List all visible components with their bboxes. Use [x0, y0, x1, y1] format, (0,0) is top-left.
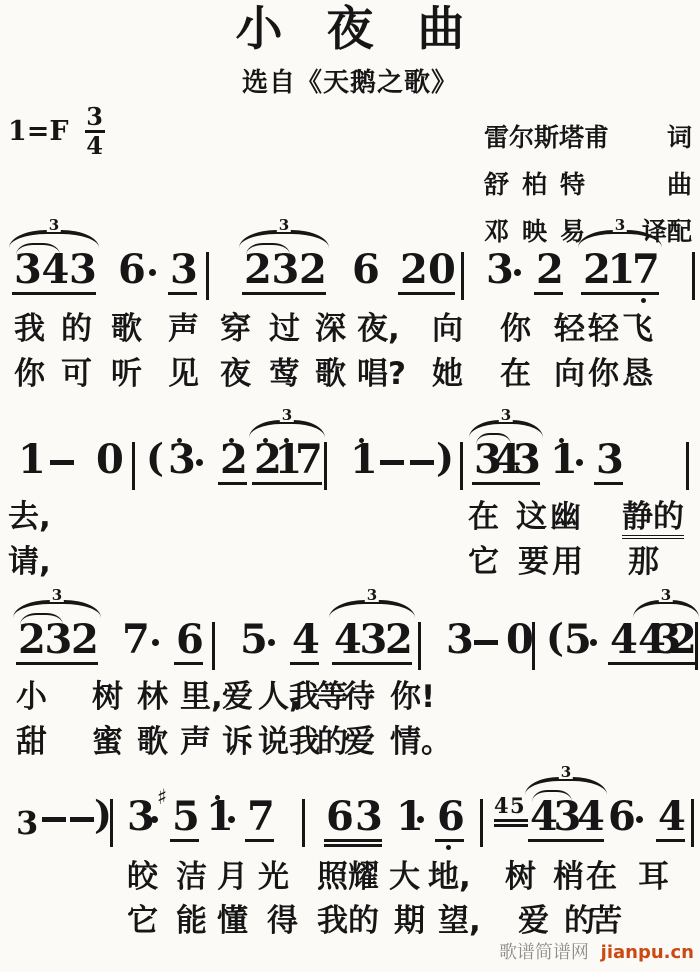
note-digit: 7: [295, 440, 323, 480]
beam-underline: [324, 839, 382, 842]
lyric-syllable: 月: [217, 860, 248, 894]
lyric-syllable: 它: [127, 904, 158, 938]
triplet-number: 3: [613, 218, 627, 232]
grace-digit: 5: [510, 795, 525, 817]
octave-dot: [446, 845, 451, 850]
lyric-syllable: 甜: [16, 725, 47, 759]
beam-underline: [332, 662, 412, 665]
lyric-syllable: 轻: [554, 312, 585, 346]
triplet-number: 3: [559, 765, 573, 779]
slur-arc: [532, 790, 572, 802]
beam-underline: [242, 292, 326, 295]
beam-underline: [218, 482, 247, 485]
beam-underline: [494, 819, 528, 822]
duration-dash: [42, 817, 66, 822]
duration-dot: [228, 816, 235, 823]
note-digit: 5: [172, 797, 200, 837]
note-digit: 1: [18, 440, 46, 480]
barline: [324, 442, 327, 490]
beam-underline: [252, 482, 322, 485]
beam-underline: [426, 292, 455, 295]
lyric-syllable: 耀: [348, 860, 379, 894]
note-digit: 0: [506, 620, 534, 660]
duration-dot: [151, 816, 158, 823]
note-digit: 3: [486, 250, 514, 290]
note-group: 2173: [583, 256, 657, 296]
lyric-syllable: 的: [348, 904, 379, 938]
note-digit: 3: [16, 803, 38, 843]
note-digit: 5: [564, 620, 592, 660]
note-digit: 3: [69, 250, 97, 290]
triplet-number: 3: [499, 408, 513, 422]
slur-arc: [16, 243, 60, 255]
lyric-syllable: 轻: [588, 312, 619, 346]
duration-dot: [149, 269, 156, 276]
lyric-syllable: 见: [168, 357, 199, 391]
watermark: 歌谱简谱网 jianpu.cn: [499, 938, 694, 964]
lyric-syllable: 在: [500, 357, 531, 391]
note-digit: 2: [669, 620, 697, 660]
lyric-syllable: 说: [258, 725, 289, 759]
slur-arc: [246, 243, 290, 255]
beam-underline: [528, 839, 604, 842]
barline: [132, 442, 135, 490]
note-digit: 4: [42, 250, 70, 290]
note-digit: 2: [18, 620, 46, 660]
lyric-syllable: 歌: [315, 357, 346, 391]
lyric-syllable: 诉: [222, 725, 253, 759]
lyric-syllable: 她: [432, 357, 463, 391]
duration-dash: [50, 460, 74, 465]
lyric-syllable: 你!: [390, 680, 435, 714]
lyric-syllable: 飞: [622, 312, 653, 346]
triplet-number: 3: [280, 408, 294, 422]
lyric-syllable: 爱: [344, 725, 375, 759]
barline: [532, 622, 535, 670]
duration-dash: [410, 460, 434, 465]
lyric-syllable: 蜜: [92, 725, 123, 759]
note-group: 2323: [18, 626, 96, 666]
note-digit: 4: [334, 620, 362, 660]
open-paren: (: [546, 618, 564, 658]
lyric-syllable: 听: [111, 357, 142, 391]
note-group: 4323: [334, 626, 410, 666]
note-digit: 5: [240, 620, 268, 660]
lyric-syllable: 洁: [176, 860, 207, 894]
note-digit: 4: [292, 620, 320, 660]
lyric-syllable: 去,: [8, 500, 51, 534]
lyric-syllable: 情。: [390, 725, 452, 759]
barline: [418, 622, 421, 670]
octave-dot: [177, 438, 182, 443]
lyric-syllable: 你: [588, 357, 619, 391]
octave-dot: [284, 438, 289, 443]
duration-dot: [196, 459, 203, 466]
note-digit: 6: [352, 250, 380, 290]
barline: [460, 442, 463, 490]
note-digit: 3: [14, 250, 42, 290]
lyric-syllable: 待: [344, 680, 375, 714]
lyric-syllable: 穿: [220, 312, 251, 346]
beam-underline: [174, 662, 203, 665]
beam-underline: [494, 824, 528, 827]
sheet-music-page: 小夜曲 选自《天鹅之歌》 1=F 3 4 雷尔斯塔甫词舒柏特曲邓映易译配 343…: [0, 0, 700, 972]
lyric-syllable: 歌: [111, 312, 142, 346]
note-group: 6·3: [326, 803, 380, 843]
lyric-syllable: 梢: [553, 860, 584, 894]
lyric-syllable: 树: [505, 860, 536, 894]
sharp-accidental: ♯: [157, 787, 167, 807]
beam-underline: [581, 292, 659, 295]
lyric-syllable: 莺: [269, 357, 300, 391]
lyric-syllable: 能: [176, 904, 207, 938]
note-digit: 7: [247, 797, 275, 837]
note-group: 2323: [244, 256, 324, 296]
note-digit: 6: [118, 250, 146, 290]
duration-dot: [417, 816, 424, 823]
note-digit: 4: [577, 797, 605, 837]
note-digit: 6: [608, 797, 636, 837]
lyric-syllable: 爱: [222, 680, 253, 714]
watermark-site-name: 歌谱简谱网: [499, 942, 589, 963]
note-digit: 3: [355, 797, 383, 837]
lyric-syllable: 请,: [8, 545, 51, 579]
barline: [302, 799, 305, 847]
beam-underline: [472, 482, 540, 485]
triplet-number: 3: [277, 218, 291, 232]
open-paren: (: [146, 438, 164, 478]
note-digit: 3: [45, 620, 73, 660]
lyric-syllable: 懂: [217, 904, 248, 938]
lyric-syllable: 在: [468, 500, 499, 534]
lyric-syllable: 夜: [220, 357, 251, 391]
note-group: 4323: [638, 626, 694, 666]
close-paren: ): [436, 438, 454, 478]
lyric-syllable: 小: [16, 680, 47, 714]
lyric-syllable: 林: [137, 680, 168, 714]
note-group: 2173: [254, 446, 320, 486]
lyric-syllable: 我: [14, 312, 45, 346]
note-digit: 0: [428, 250, 456, 290]
note-group: 3433: [14, 256, 94, 296]
note-digit: 3: [596, 440, 624, 480]
octave-dot: [215, 795, 220, 800]
note-digit: ·: [341, 797, 355, 837]
note-digit: 2: [220, 440, 248, 480]
note-digit: 2: [299, 250, 327, 290]
barline: [480, 799, 483, 847]
note-group: 4343: [530, 803, 602, 843]
note-digit: 2: [71, 620, 99, 660]
lyric-syllable: 恳: [622, 357, 653, 391]
watermark-site-url: jianpu.cn: [601, 942, 694, 963]
barline: [692, 252, 695, 300]
barline: [461, 252, 464, 300]
triplet-number: 3: [365, 588, 379, 602]
lyric-syllable: 我: [289, 680, 320, 714]
barline: [212, 622, 215, 670]
octave-dot: [263, 438, 268, 443]
lyric-syllable: 你: [14, 357, 45, 391]
lyric-syllable: 歌: [137, 725, 168, 759]
note-digit: 2: [385, 620, 413, 660]
lyric-syllable: 你: [500, 312, 531, 346]
duration-dot: [152, 639, 159, 646]
barline: [686, 442, 689, 490]
note-digit: 7: [632, 250, 660, 290]
note-digit: 2: [536, 250, 564, 290]
note-digit: 3: [170, 250, 198, 290]
lyric-syllable: 地,: [428, 860, 471, 894]
note-digit: 3: [360, 620, 388, 660]
barline: [110, 799, 113, 847]
lyric-syllable: 望,: [438, 904, 481, 938]
duration-dash: [474, 640, 498, 645]
lyric-syllable: 向: [432, 312, 463, 346]
slur-arc: [476, 433, 511, 445]
note-digit: 1: [350, 440, 378, 480]
lyric-syllable: 这: [516, 500, 547, 534]
lyric-syllable: 我: [317, 904, 348, 938]
barline: [691, 799, 694, 847]
lyric-syllable: 用: [552, 545, 583, 579]
duration-dot: [268, 639, 275, 646]
beam-underline: [656, 839, 685, 842]
lyric-syllable: 声: [180, 725, 211, 759]
beam-underline: [170, 839, 199, 842]
beam-underline: [16, 662, 98, 665]
note-digit: 2: [400, 250, 428, 290]
lyric-syllable: 耳: [638, 860, 669, 894]
lyric-syllable: 深: [315, 312, 346, 346]
lyric-syllable: 皎: [127, 860, 158, 894]
duration-dot: [514, 269, 521, 276]
note-digit: 6: [437, 797, 465, 837]
octave-dot: [559, 438, 564, 443]
octave-dot: [641, 298, 646, 303]
note-digit: 4: [658, 797, 686, 837]
duration-dot: [636, 816, 643, 823]
note-digit: 3: [168, 440, 196, 480]
lyric-syllable: 要: [518, 545, 549, 579]
lyric-syllable: 那: [628, 545, 659, 579]
lyric-syllable: 树: [92, 680, 123, 714]
grace-digit: 4: [494, 795, 509, 817]
beam-underline: [435, 839, 464, 842]
beam-underline: [636, 662, 696, 665]
lyric-syllable: 我: [289, 725, 320, 759]
note-digit: 0: [96, 440, 124, 480]
beam-underline: [608, 662, 637, 665]
triplet-number: 3: [659, 588, 673, 602]
lyric-syllable: 向: [554, 357, 585, 391]
lyric-syllable: 期: [394, 904, 425, 938]
lyric-syllable: 可: [61, 357, 92, 391]
lyric-syllable: 大: [389, 860, 420, 894]
lyric-syllable: 爱: [518, 904, 549, 938]
note-digit: 3: [272, 250, 300, 290]
beam-underline: [324, 844, 382, 847]
score: 3433632323620322173我的歌声穿过深夜,向你轻轻飞你可听见夜莺歌…: [0, 0, 700, 972]
lyric-syllable: 唱?: [357, 357, 406, 391]
lyric-syllable: 里,: [180, 680, 223, 714]
lyric-syllable: 声: [168, 312, 199, 346]
note-digit: 3: [446, 620, 474, 660]
duration-dot: [576, 459, 583, 466]
lyric-syllable: 在: [586, 860, 617, 894]
note-group: 3433: [474, 446, 538, 486]
note-digit: 6: [176, 620, 204, 660]
beam-underline: [245, 839, 274, 842]
beam-underline: [534, 292, 563, 295]
beam-underline: [168, 292, 197, 295]
lyric-syllable: 照: [317, 860, 348, 894]
lyric-syllable: 得: [267, 904, 298, 938]
lyric-syllable: 静的: [622, 500, 684, 539]
lyric-syllable: 它: [468, 545, 499, 579]
note-digit: 4: [610, 620, 638, 660]
note-digit: 3: [513, 440, 541, 480]
lyric-syllable: 苦: [591, 904, 622, 938]
triplet-number: 3: [47, 218, 61, 232]
lyric-syllable: 过: [269, 312, 300, 346]
lyric-syllable: 幽: [550, 500, 581, 534]
beam-underline: [290, 662, 319, 665]
lyric-syllable: 的: [61, 312, 92, 346]
duration-dash: [70, 817, 94, 822]
beam-underline: [12, 292, 96, 295]
lyric-syllable: 光: [258, 860, 289, 894]
note-digit: 7: [122, 620, 150, 660]
beam-underline: [594, 482, 623, 485]
triplet-number: 3: [50, 588, 64, 602]
lyric-syllable: 夜,: [357, 312, 400, 346]
octave-dot: [229, 438, 234, 443]
duration-dot: [590, 639, 597, 646]
barline: [695, 622, 698, 670]
duration-dash: [380, 460, 404, 465]
note-digit: 1: [550, 440, 578, 480]
slur-arc: [20, 613, 63, 625]
beam-underline: [398, 292, 427, 295]
note-digit: 2: [244, 250, 272, 290]
octave-dot: [359, 438, 364, 443]
barline: [206, 252, 209, 300]
